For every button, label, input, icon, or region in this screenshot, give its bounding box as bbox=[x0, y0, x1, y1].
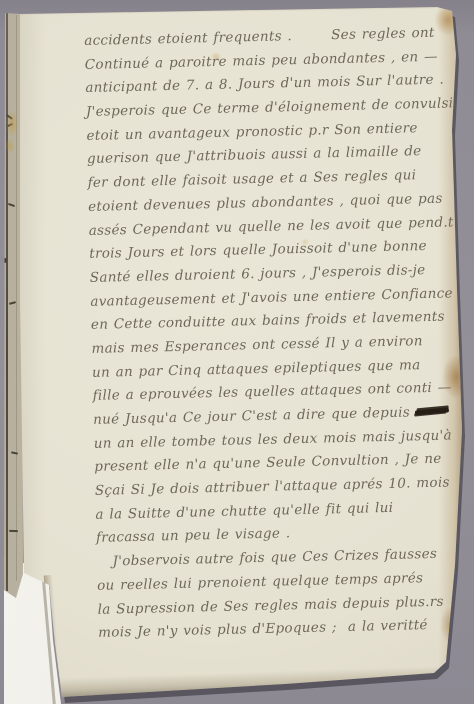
binding-ink-dot bbox=[2, 258, 7, 263]
binding-stitch bbox=[11, 451, 18, 454]
manuscript-line-text: Sçai Si Je dois attribuer l'attaque apré… bbox=[95, 475, 450, 499]
handwritten-text-block: accidents etoient frequents . Ses regles… bbox=[84, 21, 468, 645]
gutter-crease-line bbox=[16, 15, 17, 581]
manuscript-line-text: fille a eprouvées les quelles attaques o… bbox=[92, 380, 451, 404]
manuscript-line-text: ou reelles lui prenoient quelque temps a… bbox=[97, 570, 424, 594]
manuscript-page: accidents etoient frequents . Ses regles… bbox=[0, 0, 474, 704]
binding-stitch bbox=[9, 530, 18, 532]
manuscript-line-text: J'observois autre fois que Ces Crizes fa… bbox=[112, 546, 437, 570]
manuscript-line-text: accidents etoient frequents . Ses regles… bbox=[84, 25, 435, 49]
manuscript-line-text: guerison que J'attribuois aussi a la lim… bbox=[87, 144, 422, 168]
binding-stitch bbox=[8, 203, 15, 207]
gutter-fold-line bbox=[6, 13, 8, 591]
manuscript-line-text: nué Jusqu'a Ce jour C'est a dire que dep… bbox=[93, 404, 416, 428]
manuscript-line-text: a la Suitte d'une chutte qu'elle fit qui… bbox=[95, 500, 393, 523]
manuscript-line-text: avantageusement et J'avois une entiere C… bbox=[90, 285, 453, 310]
manuscript-line-text: Continué a paroitre mais peu abondantes … bbox=[85, 48, 438, 72]
manuscript-line-text: anticipant de 7. a 8. Jours d'un mois Su… bbox=[85, 72, 444, 96]
manuscript-line-text: etoit un avantageux pronostic p.r Son en… bbox=[86, 120, 418, 144]
gutter-stain bbox=[6, 110, 18, 138]
manuscript-line-text: fer dont elle faisoit usage et a Ses reg… bbox=[87, 167, 416, 191]
gutter-stain bbox=[5, 138, 15, 154]
manuscript-line-text: la Supression de Ses regles mais depuis … bbox=[97, 593, 443, 617]
manuscript-line-text: mois Je n'y vois plus d'Epoques ; a la v… bbox=[98, 617, 428, 641]
manuscript-line-text: etoient devenues plus abondantes , quoi … bbox=[88, 190, 443, 214]
page-top-edge-shading bbox=[15, 2, 455, 16]
manuscript-line-text: en Cette conduitte aux bains froids et l… bbox=[91, 309, 445, 333]
manuscript-line-text: fracassa un peu le visage . bbox=[96, 526, 291, 547]
ink-strikethrough bbox=[415, 407, 449, 415]
manuscript-line-text: Santé elles duroient 6. jours , J'espero… bbox=[90, 262, 426, 286]
manuscript-line-text: un an elle tombe tous les deux mois mais… bbox=[94, 427, 453, 451]
manuscript-photo: accidents etoient frequents . Ses regles… bbox=[0, 0, 474, 704]
manuscript-line-text: mais mes Esperances ont cessé Il y a env… bbox=[91, 333, 423, 357]
manuscript-line-text: un an par Cinq attaques epileptiques que… bbox=[92, 357, 421, 381]
manuscript-line-text: present elle n'a qu'une Seule Convultion… bbox=[94, 451, 442, 475]
manuscript-line-text: trois Jours et lors quelle Jouissoit d'u… bbox=[89, 238, 427, 262]
